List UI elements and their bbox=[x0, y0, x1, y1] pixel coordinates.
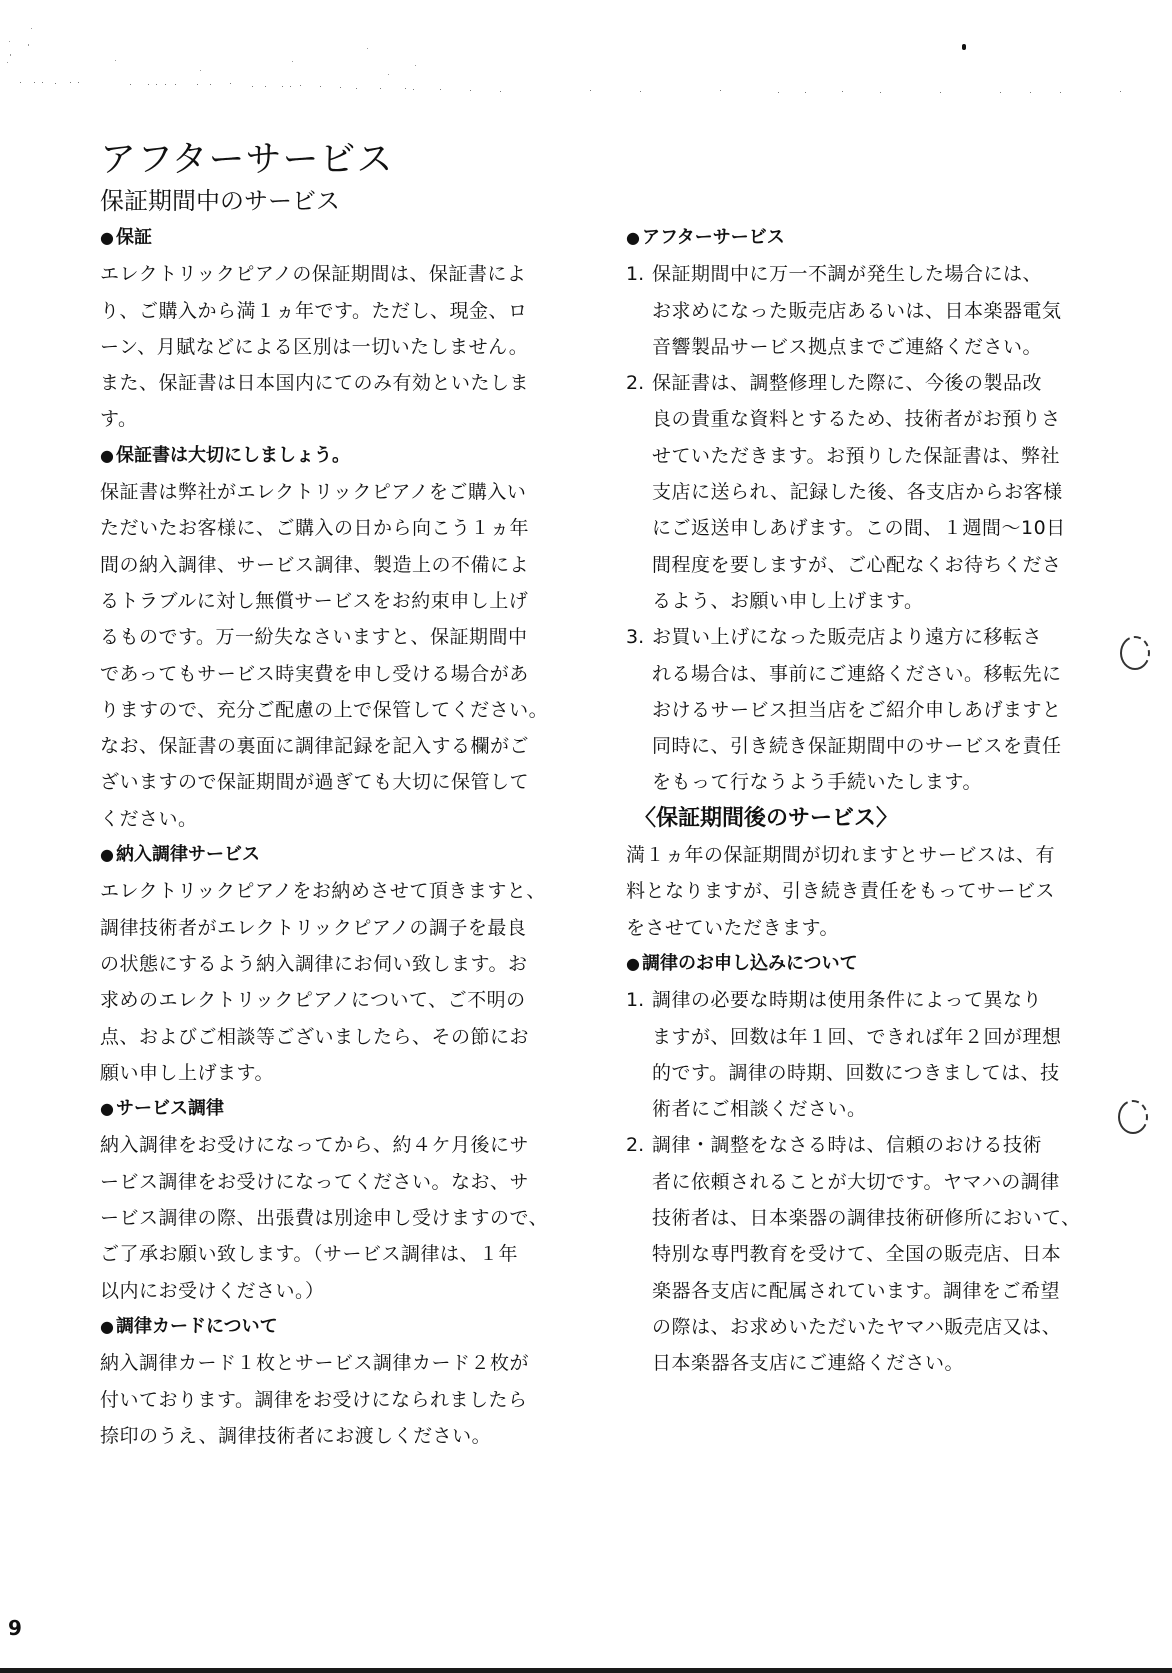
block-heading: ●納入調律サービス bbox=[100, 837, 590, 873]
block-body: エレクトリックピアノをお納めさせて頂きますと、 調律技術者がエレクトリックピアノ… bbox=[100, 873, 590, 1091]
block-heading: ●保証書は大切にしましょう。 bbox=[100, 438, 590, 474]
section-title: 保証期間中のサービス bbox=[100, 185, 340, 217]
block-heading: ●調律カードについて bbox=[100, 1309, 590, 1345]
bullet-icon: ● bbox=[626, 228, 640, 247]
block-delivery-tuning: ●納入調律サービス エレクトリックピアノをお納めさせて頂きますと、 調律技術者が… bbox=[100, 837, 590, 1091]
item-number: 2. bbox=[626, 1127, 652, 1163]
numbered-item: 1. 調律の必要な時期は使用条件によって異なり ますが、回数は年１回、できれば年… bbox=[626, 982, 1120, 1127]
right-column: ●アフターサービス 1. 保証期間中に万一不調が発生した場合には、 お求めになっ… bbox=[640, 220, 1120, 1382]
bullet-icon: ● bbox=[100, 1099, 114, 1118]
item-number: 2. bbox=[626, 365, 652, 401]
numbered-item: 2. 保証書は、調整修理した際に、今後の製品改 良の貴重な資料とするため、技術者… bbox=[626, 365, 1120, 619]
page-number: 9 bbox=[8, 1616, 22, 1640]
bullet-icon: ● bbox=[100, 845, 114, 864]
block-heading: ●サービス調律 bbox=[100, 1091, 590, 1127]
scan-artifacts bbox=[0, 0, 1172, 110]
numbered-item: 2. 調律・調整をなさる時は、信頼のおける技術 者に依頼されることが大切です。ヤ… bbox=[626, 1127, 1120, 1381]
block-tuning-request: ●調律のお申し込みについて 1. 調律の必要な時期は使用条件によって異なり ます… bbox=[640, 946, 1120, 1382]
page-bottom-edge bbox=[0, 1668, 1172, 1673]
block-tuning-card: ●調律カードについて 納入調律カード１枚とサービス調律カード２枚が 付いておりま… bbox=[100, 1309, 590, 1454]
block-heading: ●アフターサービス bbox=[626, 220, 1120, 256]
bullet-icon: ● bbox=[626, 954, 640, 973]
block-heading: ●調律のお申し込みについて bbox=[626, 946, 1120, 982]
left-column: ●保証 エレクトリックピアノの保証期間は、保証書によ り、ご購入から満１ヵ年です… bbox=[100, 220, 590, 1454]
numbered-item: 3. お買い上げになった販売店より遠方に移転さ れる場合は、事前にご連絡ください… bbox=[626, 619, 1120, 800]
item-number: 1. bbox=[626, 256, 652, 292]
punch-hole-icon bbox=[1118, 1100, 1148, 1134]
item-number: 1. bbox=[626, 982, 652, 1018]
bullet-icon: ● bbox=[100, 1317, 114, 1336]
post-warranty-heading: 〈保証期間後のサービス〉 bbox=[634, 801, 1120, 837]
numbered-item: 1. 保証期間中に万一不調が発生した場合には、 お求めになった販売店あるいは、日… bbox=[626, 256, 1120, 365]
block-body: 満１ヵ年の保証期間が切れますとサービスは、有 料となりますが、引き続き責任をもっ… bbox=[640, 837, 1120, 946]
block-body: 保証書は弊社がエレクトリックピアノをご購入い ただいたお客様に、ご購入の日から向… bbox=[100, 474, 590, 837]
block-post-warranty: 〈保証期間後のサービス〉 満１ヵ年の保証期間が切れますとサービスは、有 料となり… bbox=[640, 801, 1120, 946]
bullet-icon: ● bbox=[100, 446, 114, 465]
block-body: 納入調律をお受けになってから、約４ケ月後にサ ービス調律をお受けになってください… bbox=[100, 1127, 590, 1308]
ink-spot bbox=[962, 44, 966, 50]
block-heading: ●保証 bbox=[100, 220, 590, 256]
punch-hole-icon bbox=[1120, 636, 1150, 670]
page-title: アフターサービス bbox=[100, 138, 393, 182]
item-number: 3. bbox=[626, 619, 652, 655]
block-service-tuning: ●サービス調律 納入調律をお受けになってから、約４ケ月後にサ ービス調律をお受け… bbox=[100, 1091, 590, 1309]
block-body: 納入調律カード１枚とサービス調律カード２枚が 付いております。調律をお受けになら… bbox=[100, 1345, 590, 1454]
block-after-service: ●アフターサービス 1. 保証期間中に万一不調が発生した場合には、 お求めになっ… bbox=[640, 220, 1120, 801]
block-body: エレクトリックピアノの保証期間は、保証書によ り、ご購入から満１ヵ年です。ただし… bbox=[100, 256, 590, 437]
block-keep-warranty-card: ●保証書は大切にしましょう。 保証書は弊社がエレクトリックピアノをご購入い ただ… bbox=[100, 438, 590, 837]
bullet-icon: ● bbox=[100, 228, 114, 247]
block-warranty: ●保証 エレクトリックピアノの保証期間は、保証書によ り、ご購入から満１ヵ年です… bbox=[100, 220, 590, 438]
